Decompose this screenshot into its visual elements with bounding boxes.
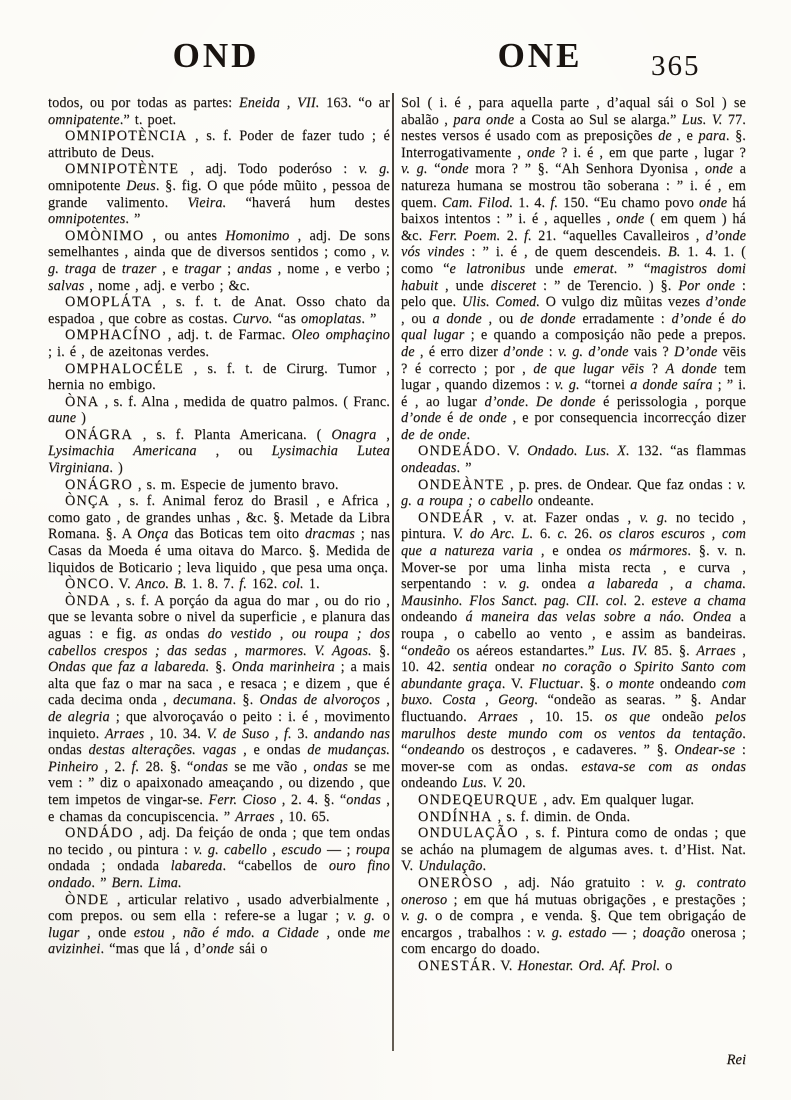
dictionary-entry: todos, ou por todas as partes: Eneida , … <box>48 95 390 128</box>
dictionary-entry: ÒNCO. V. Anco. B. 1. 8. 7. f. 162. col. … <box>48 576 390 593</box>
italic-citation: d’onde <box>671 311 711 327</box>
italic-citation: Ulis. Comed. <box>462 294 540 310</box>
italic-citation: f. <box>550 195 558 211</box>
italic-citation: Ondas que faz a labareda. <box>48 659 209 675</box>
entry-headword: ONDÁDO <box>65 825 134 841</box>
italic-citation: Bern. Lima. <box>111 875 181 891</box>
italic-citation: Por onde <box>678 278 735 294</box>
italic-citation: ondeadas <box>401 460 457 476</box>
dictionary-entry: OMNIPOTÈNTE , adj. Todo poderóso : v. g.… <box>48 161 390 227</box>
italic-citation: de de onde <box>401 427 466 443</box>
italic-citation: f. <box>131 759 139 775</box>
italic-citation: v. g. <box>401 908 428 924</box>
italic-citation: ondas <box>313 759 348 775</box>
italic-citation: v. g. <box>359 161 390 177</box>
dictionary-entry: ÒNÇA , s. f. Animal feroz do Brasil , e … <box>48 493 390 576</box>
italic-citation: Ondado. Lus. X. <box>527 443 629 459</box>
italic-citation: v. g. <box>401 161 428 177</box>
right-column: Sol ( i. é , para aquella parte , d’aqua… <box>401 95 746 1055</box>
italic-citation: pelos marulhos deste mundo com os ventos… <box>401 709 746 742</box>
italic-citation: estava-se com as ondas <box>581 759 746 775</box>
italic-citation: dracmas <box>305 526 355 542</box>
italic-citation: roupa <box>356 842 390 858</box>
italic-citation: Arraes <box>696 643 735 659</box>
italic-citation: v. g. <box>555 377 580 393</box>
italic-citation: Eneida , VII. <box>239 95 319 111</box>
italic-citation: para <box>698 128 725 144</box>
italic-citation: omnipatente <box>48 112 120 128</box>
italic-citation: Curvo. <box>233 311 273 327</box>
italic-citation: Homonimo <box>225 228 289 244</box>
entry-headword: OMNIPOTÈNTE <box>65 161 179 177</box>
italic-citation: disceret <box>491 278 537 294</box>
entry-headword: OMPHACÍNO <box>65 327 162 343</box>
entry-headword: ÒNDE <box>65 892 109 908</box>
dictionary-entry: OMÒNIMO , ou antes Homonimo , adj. De so… <box>48 228 390 294</box>
italic-citation: Lus. IV. <box>601 643 648 659</box>
italic-citation: ondeão <box>407 643 450 659</box>
italic-citation: Cam. Filod. <box>442 195 513 211</box>
italic-citation: a donde saíra <box>630 377 713 393</box>
italic-citation: doação <box>642 925 685 941</box>
italic-citation: Oleo omphaçino <box>292 327 391 343</box>
italic-citation: v. g. estado <box>537 925 607 941</box>
catchword: Rei <box>560 1052 746 1069</box>
italic-citation: para onde <box>453 112 514 128</box>
italic-citation: Arraes <box>478 709 517 725</box>
italic-citation: onde <box>616 211 644 227</box>
italic-citation: D’onde <box>674 344 717 360</box>
italic-citation: onde <box>441 161 469 177</box>
italic-citation: onde <box>705 161 733 177</box>
running-head-right: ONE <box>498 36 583 76</box>
dictionary-entry: ONERÒSO , adj. Náo gratuito : v. g. cont… <box>401 875 746 958</box>
dictionary-entry: Sol ( i. é , para aquella parte , d’aqua… <box>401 95 746 443</box>
entry-headword: ONÁGRA <box>65 427 133 443</box>
italic-citation: Arraes <box>235 809 274 825</box>
italic-citation: Undulação <box>418 858 482 874</box>
entry-headword: ONDEQEURQUE <box>418 792 538 808</box>
dictionary-page: OND ONE 365 todos, ou por todas as parte… <box>0 0 791 1100</box>
dictionary-entry: ONÁGRO , s. m. Especie de jumento bravo. <box>48 477 390 494</box>
dictionary-entry: ÒNA , s. f. Alna , medida de quatro palm… <box>48 394 390 427</box>
dictionary-entry: OMPHACÍNO , adj. t. de Farmac. Oleo omph… <box>48 327 390 360</box>
entry-headword: ÒNÇA <box>65 493 110 509</box>
italic-citation: Honestar. Ord. Af. Prol. <box>517 958 660 974</box>
entry-headword: ÒNA <box>65 394 99 410</box>
italic-citation: tragar <box>184 261 221 277</box>
italic-citation: os mármores <box>609 543 688 559</box>
dictionary-entry: ÒNDA , s. f. A porçáo da agua do mar , o… <box>48 593 390 825</box>
italic-citation: Ferr. Cioso <box>208 792 276 808</box>
italic-citation: Anco. B. <box>136 576 187 592</box>
entry-headword: OMNIPOTÈNCIA <box>65 128 187 144</box>
entry-headword: ONERÒSO <box>418 875 493 891</box>
italic-citation: d’onde <box>401 410 441 426</box>
dictionary-entry: OMOPLÁTA , s. f. t. de Anat. Osso chato … <box>48 294 390 327</box>
italic-citation: destas alterações. vagas , <box>89 742 247 758</box>
italic-citation: labareda <box>171 858 223 874</box>
italic-citation: aune <box>48 410 76 426</box>
italic-citation: andando nas <box>314 726 390 742</box>
italic-citation: V. de Suso , f. <box>206 726 291 742</box>
italic-citation: onde <box>206 941 234 957</box>
italic-citation: Ondear-se <box>674 742 735 758</box>
entry-headword: OMPHALOCÉLE <box>65 361 184 377</box>
italic-citation: f. <box>524 228 532 244</box>
italic-citation: Onça <box>137 526 168 542</box>
italic-citation: ondas <box>346 792 381 808</box>
dictionary-entry: ONESTÁR. V. Honestar. Ord. Af. Prol. o <box>401 958 746 975</box>
italic-citation: V. do Arc. L. <box>453 526 534 542</box>
entry-headword: ONDÍNHA <box>418 809 493 825</box>
left-column: todos, ou por todas as partes: Eneida , … <box>48 95 390 1055</box>
italic-citation: as <box>144 626 157 642</box>
italic-citation: d’onde <box>706 294 746 310</box>
entry-headword: OMOPLÁTA <box>65 294 152 310</box>
italic-citation: á maneira das velas sobre a náo. Ondea <box>466 609 732 625</box>
entry-headword: ÒNDA <box>65 593 111 609</box>
italic-citation: A donde <box>665 361 716 377</box>
italic-citation: Onda marinheira <box>232 659 335 675</box>
italic-citation: Vieira. <box>187 195 226 211</box>
italic-citation: v. g. cabello , escudo <box>193 842 321 858</box>
italic-citation: Lus. V. <box>682 112 723 128</box>
italic-citation: v. g. d’onde <box>558 344 629 360</box>
column-divider-rule <box>392 93 394 1051</box>
italic-citation: v. g. <box>498 576 530 592</box>
italic-citation: omnipotentes <box>48 211 125 227</box>
italic-citation: d’onde <box>484 394 524 410</box>
page-number: 365 <box>651 50 701 83</box>
entry-headword: ONDEÀNTE <box>418 477 505 493</box>
italic-citation: trazer <box>122 261 157 277</box>
italic-citation: a donde <box>433 311 482 327</box>
italic-citation: c. <box>557 526 567 542</box>
italic-citation: de onde <box>459 410 507 426</box>
entry-headword: OMÒNIMO <box>65 228 144 244</box>
italic-citation: de <box>401 344 415 360</box>
italic-citation: de <box>658 128 672 144</box>
italic-citation: v. g. <box>347 908 375 924</box>
italic-citation: estou , não é mdo. a Cidade , <box>134 925 330 941</box>
entry-headword: ÒNCO <box>65 576 110 592</box>
italic-citation: d’onde <box>503 344 543 360</box>
dictionary-entry: OMNIPOTÈNCIA , s. f. Poder de fazer tudo… <box>48 128 390 161</box>
dictionary-entry: ONDÁDO , adj. Da feiçáo de onda ; que te… <box>48 825 390 891</box>
italic-citation: onde <box>527 145 555 161</box>
italic-citation: e latronibus <box>450 261 526 277</box>
entry-headword: ONESTÁR <box>418 958 492 974</box>
italic-citation: andas <box>237 261 272 277</box>
italic-citation: decumana <box>173 692 232 708</box>
italic-citation: f. <box>239 576 247 592</box>
italic-citation: de que lugar vēis <box>533 361 644 377</box>
italic-citation: col. <box>282 576 303 592</box>
entry-headword: ONDULAÇÃO <box>418 825 519 841</box>
italic-citation: emerat <box>573 261 613 277</box>
dictionary-entry: ONÁGRA , s. f. Planta Americana. ( Onagr… <box>48 427 390 477</box>
italic-citation: os que <box>605 709 650 725</box>
dictionary-entry: ONDEÁR , v. at. Fazer ondas , v. g. no t… <box>401 510 746 792</box>
running-head-left: OND <box>173 36 260 76</box>
italic-citation: ondas <box>193 759 228 775</box>
italic-citation: onde <box>699 195 727 211</box>
entry-headword: ONDEÁDO <box>418 443 497 459</box>
dictionary-entry: ÒNDE , articular relativo , usado adverb… <box>48 892 390 958</box>
dictionary-entry: ONDÍNHA , s. f. dimin. de Onda. <box>401 809 746 826</box>
italic-citation: o monte <box>606 676 654 692</box>
italic-citation: B. <box>668 244 681 260</box>
italic-citation: lugar <box>48 925 79 941</box>
entry-headword: ONÁGRO <box>65 477 133 493</box>
italic-citation: omoplatas <box>301 311 361 327</box>
dictionary-entry: OMPHALOCÉLE , s. f. t. de Cirurg. Tumor … <box>48 361 390 394</box>
italic-citation: Lus. V. <box>462 775 502 791</box>
dictionary-entry: ONDULAÇÃO , s. f. Pintura como de ondas … <box>401 825 746 875</box>
italic-citation: de donde <box>520 311 576 327</box>
italic-citation: salvas <box>48 278 84 294</box>
entry-headword: ONDEÁR <box>418 510 484 526</box>
italic-citation: do vestido , ou roupa ; dos cabellos cre… <box>48 626 390 659</box>
italic-citation: De donde <box>536 394 596 410</box>
italic-citation: v. g. <box>639 510 667 526</box>
dictionary-entry: ONDEÁDO. V. Ondado. Lus. X. 132. “as fla… <box>401 443 746 476</box>
italic-citation: Deus <box>126 178 156 194</box>
dictionary-entry: ONDEQEURQUE , adv. Em qualquer lugar. <box>401 792 746 809</box>
dictionary-entry: ONDEÀNTE , p. pres. de Ondear. Que faz o… <box>401 477 746 510</box>
italic-citation: esteve a chama <box>651 593 746 609</box>
italic-citation: Ferr. Poem. <box>429 228 501 244</box>
italic-citation: ondeando <box>407 742 464 758</box>
italic-citation: Fluctuar <box>529 676 580 692</box>
italic-citation: sentia <box>453 659 488 675</box>
italic-citation: Arraes <box>105 726 144 742</box>
